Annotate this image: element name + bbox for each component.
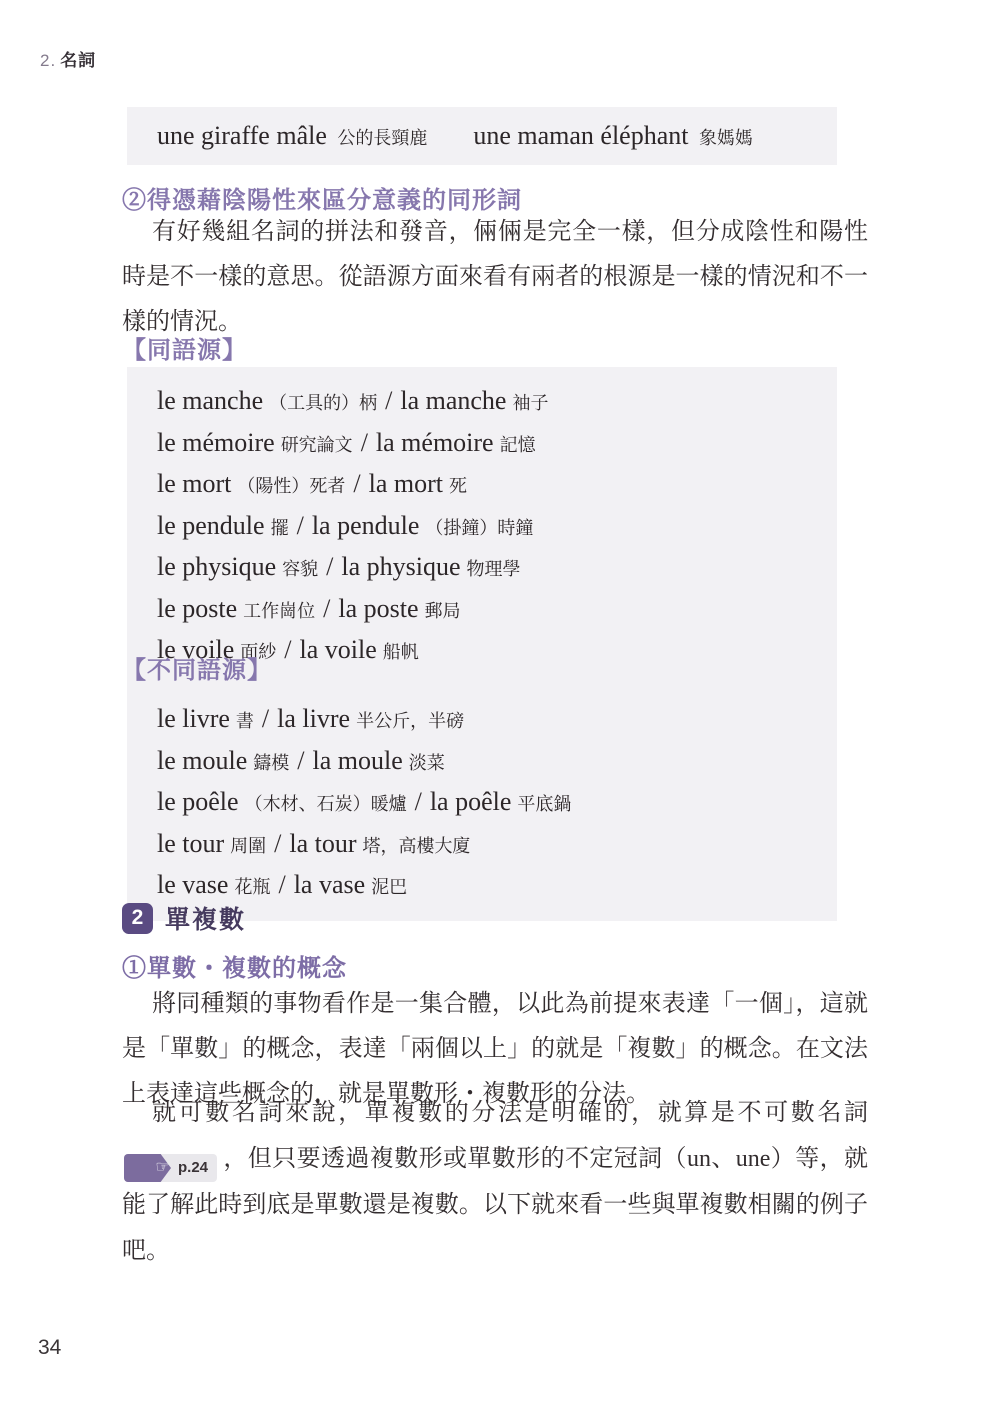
separator: / [385, 386, 392, 415]
noun-pair-row: le pendule擺/la pendule（掛鐘）時鐘 [157, 507, 827, 549]
label-same-origin: 【同語源】 [122, 330, 247, 365]
french-phrase: une maman éléphant [473, 121, 688, 150]
feminine-gloss: 泥巴 [371, 877, 407, 897]
feminine-gloss: 袖子 [512, 393, 548, 413]
feminine-gloss: 郵局 [425, 601, 461, 621]
masculine-gloss: 花瓶 [234, 877, 270, 897]
example-pair: une maman éléphant 象媽媽 [473, 121, 753, 151]
page-reference-badge: ☞p.24 [124, 1154, 217, 1182]
feminine-gloss: 淡菜 [409, 753, 445, 773]
feminine-noun: la physique [341, 552, 460, 581]
section-number-badge: 2 [122, 903, 153, 934]
separator: / [297, 511, 304, 540]
chapter-title: 名詞 [60, 51, 96, 70]
masculine-gloss: （工具的）柄 [269, 393, 377, 413]
feminine-noun: la vase [294, 870, 365, 899]
feminine-noun: la mémoire [376, 428, 494, 457]
feminine-gloss: 死 [449, 476, 467, 496]
masculine-noun: le poêle [157, 787, 239, 816]
masculine-gloss: 擺 [271, 518, 289, 538]
masculine-noun: le tour [157, 829, 224, 858]
separator: / [361, 428, 368, 457]
separator: / [415, 787, 422, 816]
label-different-origin: 【不同語源】 [122, 650, 272, 685]
separator: / [262, 704, 269, 733]
feminine-gloss: （掛鐘）時鐘 [425, 518, 533, 538]
chapter-number: 2. [40, 51, 56, 70]
feminine-noun: la manche [400, 386, 506, 415]
chinese-gloss: 象媽媽 [699, 128, 753, 148]
separator: / [326, 552, 333, 581]
noun-pair-row: le manche（工具的）柄/la manche袖子 [157, 382, 827, 424]
masculine-noun: le mort [157, 469, 231, 498]
masculine-gloss: 鑄模 [253, 753, 289, 773]
heading-singular-plural-concept: ①單數・複數的概念 [122, 948, 347, 983]
feminine-gloss: 塔，高樓大廈 [363, 836, 471, 856]
example-box-gender: une giraffe mâle 公的長頸鹿 une maman éléphan… [127, 107, 837, 165]
feminine-noun: la poste [338, 594, 418, 623]
masculine-noun: le manche [157, 386, 263, 415]
noun-pair-row: le mémoire研究論文/la mémoire記憶 [157, 424, 827, 466]
page-number: 34 [38, 1336, 61, 1360]
noun-pair-row: le moule鑄模/la moule淡菜 [157, 742, 827, 784]
masculine-gloss: （木材、石炭）暖爐 [245, 794, 407, 814]
feminine-noun: la voile [300, 635, 377, 664]
feminine-gloss: 物理學 [467, 559, 521, 579]
masculine-gloss: 工作崗位 [243, 601, 315, 621]
masculine-gloss: （陽性）死者 [237, 476, 345, 496]
masculine-gloss: 容貌 [282, 559, 318, 579]
feminine-noun: la moule [313, 746, 403, 775]
noun-pair-row: le poste工作崗位/la poste郵局 [157, 590, 827, 632]
noun-pair-row: le mort（陽性）死者/la mort死 [157, 465, 827, 507]
masculine-noun: le moule [157, 746, 247, 775]
feminine-noun: la livre [277, 704, 350, 733]
masculine-noun: le pendule [157, 511, 265, 540]
separator: / [284, 635, 291, 664]
separator: / [278, 870, 285, 899]
feminine-noun: la pendule [312, 511, 420, 540]
masculine-noun: le poste [157, 594, 237, 623]
paragraph-countable: 就可數名詞來說，單複數的分法是明確的，就算是不可數名詞☞p.24，但只要透過複數… [122, 1090, 868, 1274]
masculine-noun: le physique [157, 552, 276, 581]
masculine-noun: le mémoire [157, 428, 275, 457]
chinese-gloss: 公的長頸鹿 [337, 128, 427, 148]
page-header: 2.名詞 [40, 46, 96, 71]
noun-pair-row: le vase花瓶/la vase泥巴 [157, 866, 827, 908]
separator: / [297, 746, 304, 775]
paragraph-text-after: ，但只要透過複數形或單數形的不定冠詞（un、une）等，就能了解此時到底是單數還… [122, 1146, 868, 1264]
different-origin-box: le livre書/la livre半公斤，半磅 le moule鑄模/la m… [127, 687, 837, 921]
french-phrase: une giraffe mâle [157, 121, 327, 150]
example-pair: une giraffe mâle 公的長頸鹿 [157, 121, 427, 151]
feminine-gloss: 平底鍋 [517, 794, 571, 814]
noun-pair-row: le livre書/la livre半公斤，半磅 [157, 700, 827, 742]
page-reference-label: p.24 [171, 1145, 217, 1191]
paragraph-text-before: 就可數名詞來說，單複數的分法是明確的，就算是不可數名詞 [152, 1100, 868, 1126]
section-heading-number: 2 單複數 [122, 900, 246, 936]
separator: / [323, 594, 330, 623]
noun-pair-row: le physique容貌/la physique物理學 [157, 548, 827, 590]
feminine-gloss: 船帆 [383, 642, 419, 662]
masculine-gloss: 研究論文 [281, 435, 353, 455]
separator: / [353, 469, 360, 498]
feminine-gloss: 記憶 [500, 435, 536, 455]
separator: / [274, 829, 281, 858]
feminine-noun: la poêle [430, 787, 512, 816]
same-origin-box: le manche（工具的）柄/la manche袖子 le mémoire研究… [127, 367, 837, 688]
section-title: 單複數 [165, 900, 246, 936]
masculine-noun: le livre [157, 704, 230, 733]
feminine-noun: la tour [289, 829, 356, 858]
noun-pair-row: le poêle（木材、石炭）暖爐/la poêle平底鍋 [157, 783, 827, 825]
feminine-gloss: 半公斤，半磅 [356, 711, 464, 731]
pointing-hand-icon: ☞ [124, 1154, 171, 1182]
masculine-gloss: 周圍 [230, 836, 266, 856]
masculine-noun: le vase [157, 870, 228, 899]
feminine-noun: la mort [369, 469, 443, 498]
paragraph-homograph-intro: 有好幾組名詞的拼法和發音，倆倆是完全一樣，但分成陰性和陽性時是不一樣的意思。從語… [122, 210, 868, 345]
noun-pair-row: le tour周圍/la tour塔，高樓大廈 [157, 825, 827, 867]
masculine-gloss: 書 [236, 711, 254, 731]
